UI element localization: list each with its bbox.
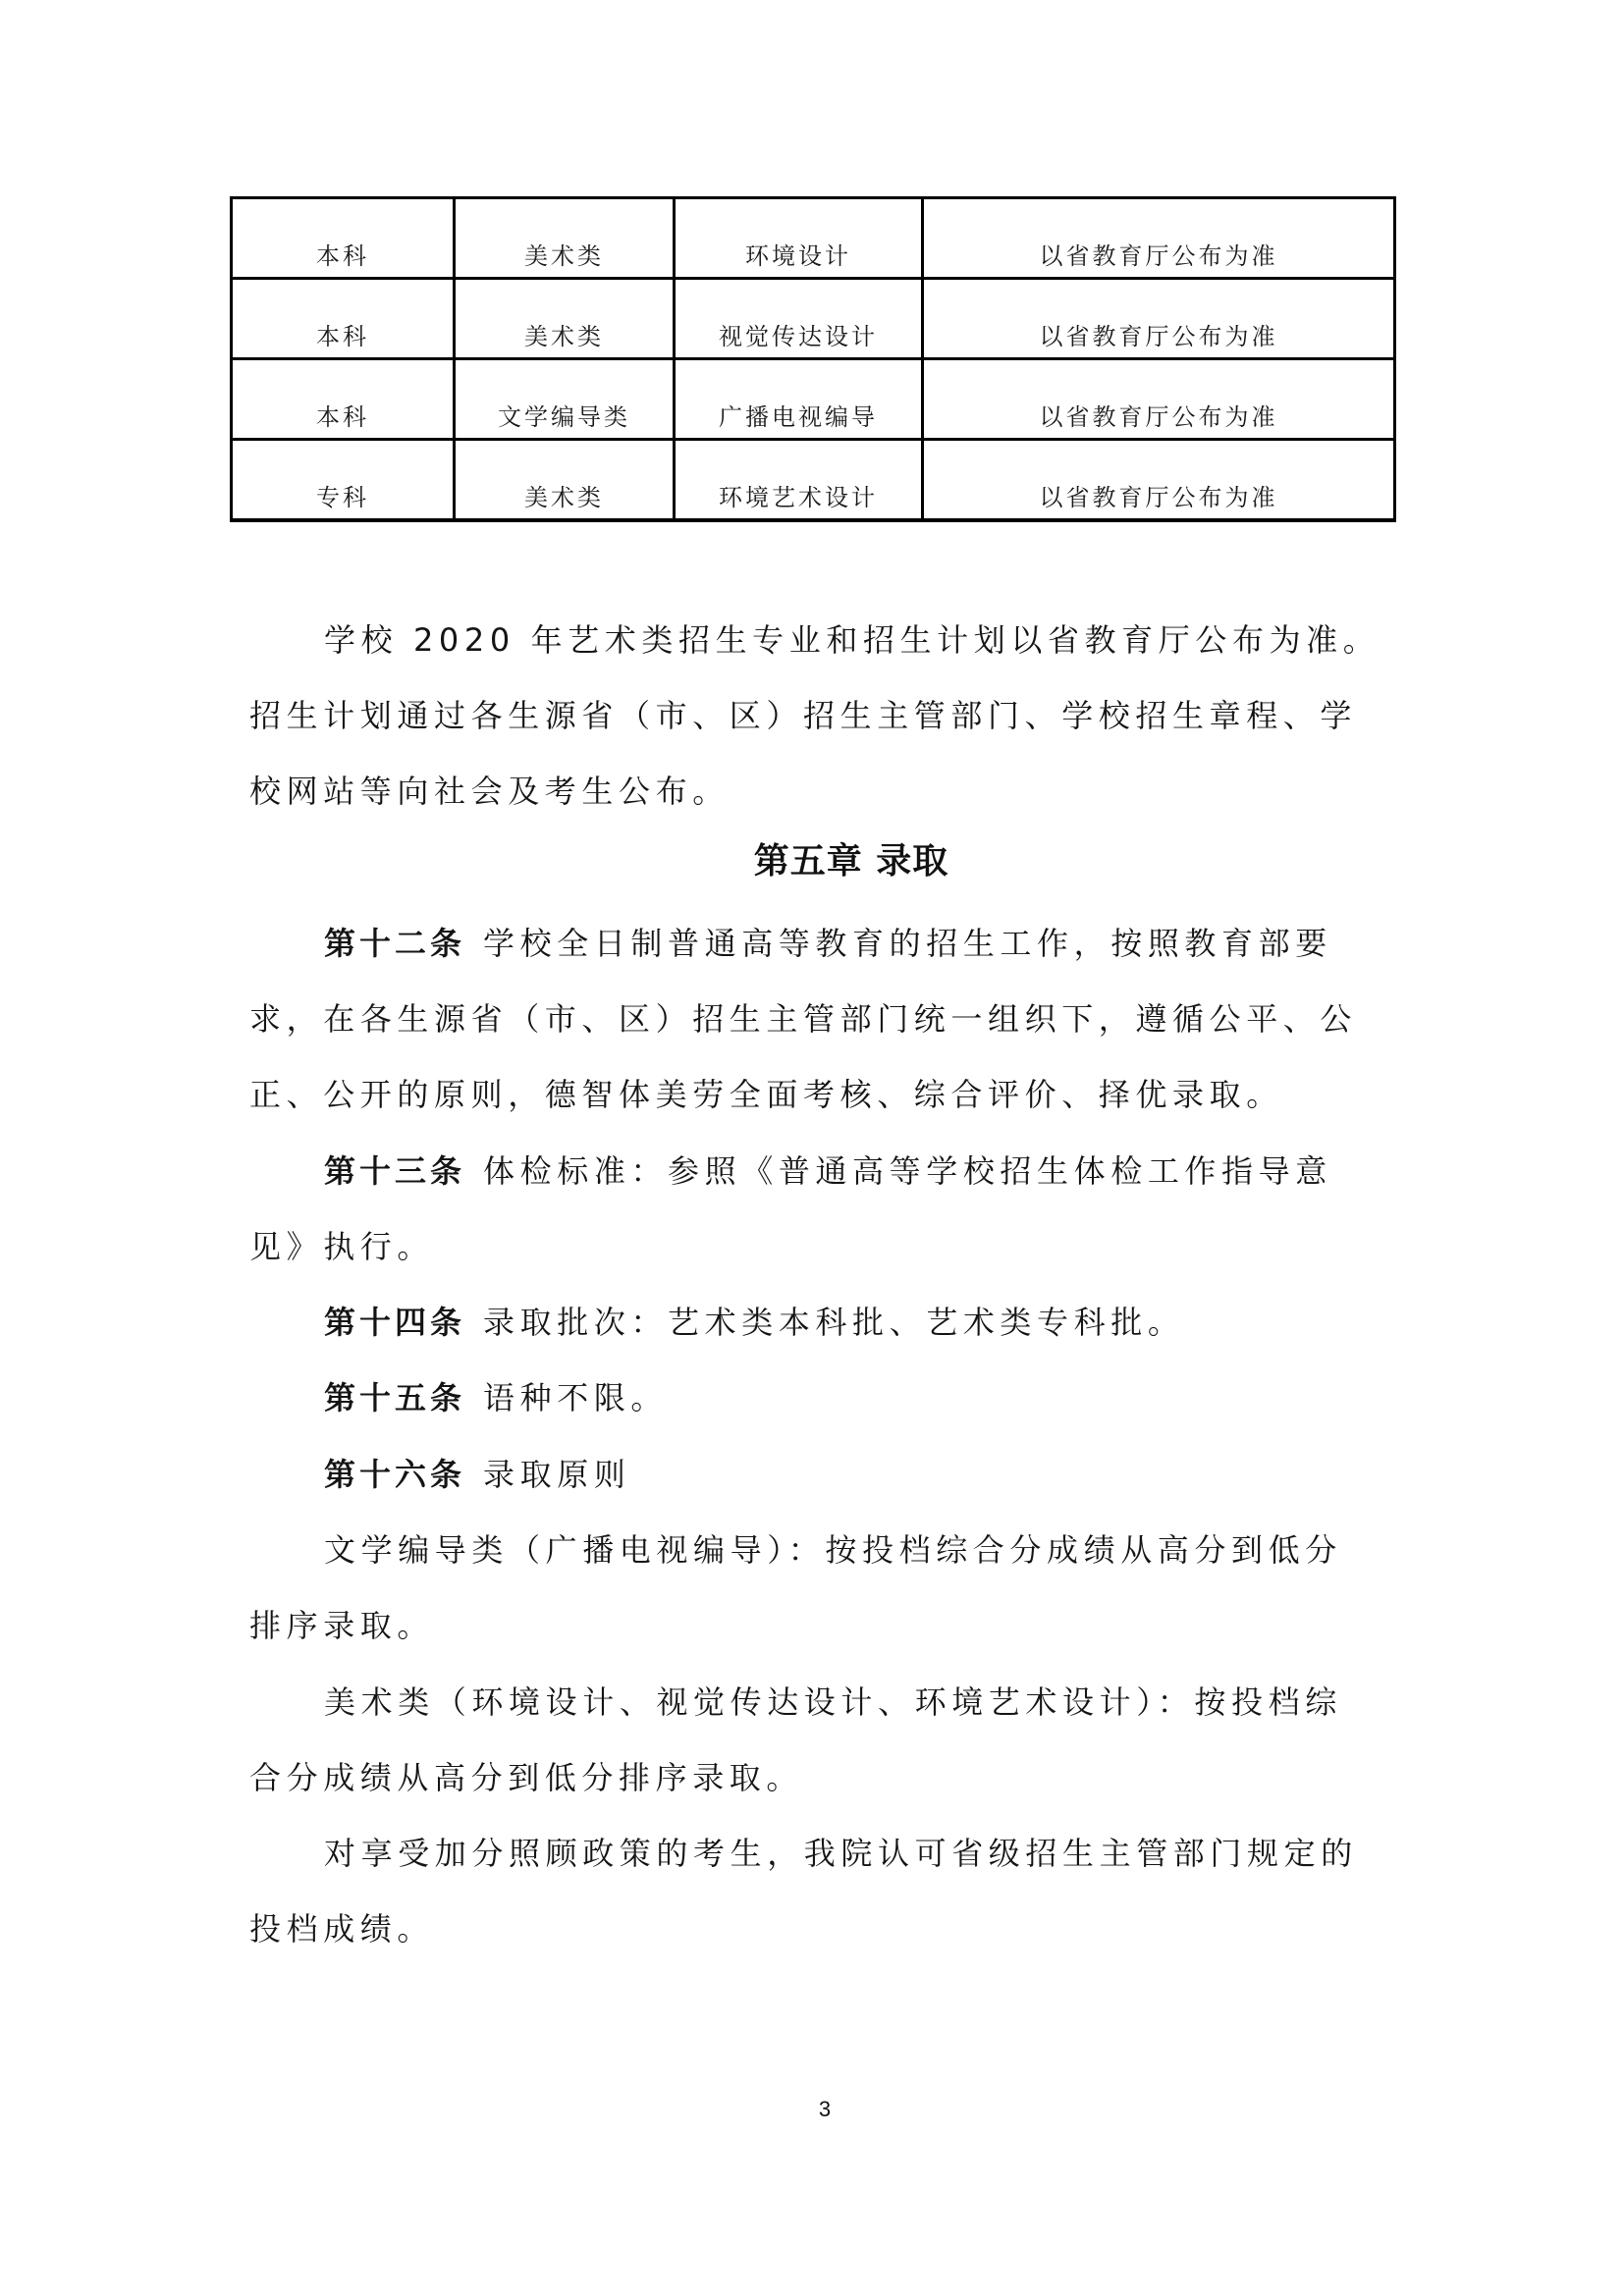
plan-cell: 以省教育厅公布为准 bbox=[923, 359, 1395, 440]
article-12-line: 求，在各生源省（市、区）招生主管部门统一组织下，遵循公平、公 bbox=[249, 997, 1388, 1041]
principle-meishu-line: 合分成绩从高分到低分排序录取。 bbox=[249, 1756, 1388, 1799]
plan-cell: 以省教育厅公布为准 bbox=[923, 440, 1395, 521]
document-page: 本科 美术类 环境设计 以省教育厅公布为准 本科 美术类 视觉传达设计 以省教育… bbox=[0, 0, 1624, 2296]
article-13-line: 见》执行。 bbox=[249, 1225, 1388, 1268]
level-cell: 专科 bbox=[232, 440, 455, 521]
principle-wenxue-line: 排序录取。 bbox=[249, 1604, 1388, 1647]
intro-line: 校网站等向社会及考生公布。 bbox=[249, 770, 1388, 813]
article-12-line: 第十二条学校全日制普通高等教育的招生工作，按照教育部要 bbox=[324, 922, 1463, 965]
article-15-label: 第十五条 bbox=[324, 1379, 465, 1416]
plan-cell: 以省教育厅公布为准 bbox=[923, 198, 1395, 279]
major-cell: 视觉传达设计 bbox=[675, 279, 923, 359]
table-row: 专科 美术类 环境艺术设计 以省教育厅公布为准 bbox=[232, 440, 1395, 521]
principle-wenxue-line: 文学编导类（广播电视编导）：按投档综合分成绩从高分到低分 bbox=[324, 1528, 1463, 1572]
article-13-text: 体检标准：参照《普通高等学校招生体检工作指导意 bbox=[483, 1152, 1332, 1190]
category-cell: 美术类 bbox=[455, 198, 675, 279]
intro-line: 学校 2020 年艺术类招生专业和招生计划以省教育厅公布为准。 bbox=[324, 618, 1463, 662]
article-14-text: 录取批次：艺术类本科批、艺术类专科批。 bbox=[483, 1304, 1184, 1341]
article-15-text: 语种不限。 bbox=[483, 1379, 668, 1416]
major-cell: 环境艺术设计 bbox=[675, 440, 923, 521]
article-12-text: 学校全日制普通高等教育的招生工作，按照教育部要 bbox=[483, 925, 1332, 962]
table-row: 本科 美术类 视觉传达设计 以省教育厅公布为准 bbox=[232, 279, 1395, 359]
article-16-line: 第十六条录取原则 bbox=[324, 1453, 1463, 1496]
article-14-label: 第十四条 bbox=[324, 1304, 465, 1341]
article-16-text: 录取原则 bbox=[483, 1456, 630, 1493]
article-15-line: 第十五条语种不限。 bbox=[324, 1376, 1463, 1419]
principle-bonus-line: 对享受加分照顾政策的考生，我院认可省级招生主管部门规定的 bbox=[324, 1832, 1463, 1875]
article-12-label: 第十二条 bbox=[324, 925, 465, 962]
intro-line: 招生计划通过各生源省（市、区）招生主管部门、学校招生章程、学 bbox=[249, 694, 1388, 737]
article-13-line: 第十三条体检标准：参照《普通高等学校招生体检工作指导意 bbox=[324, 1149, 1463, 1193]
principle-bonus-line: 投档成绩。 bbox=[249, 1907, 1388, 1950]
level-cell: 本科 bbox=[232, 359, 455, 440]
category-cell: 美术类 bbox=[455, 279, 675, 359]
major-cell: 环境设计 bbox=[675, 198, 923, 279]
article-12-line: 正、公开的原则，德智体美劳全面考核、综合评价、择优录取。 bbox=[249, 1073, 1388, 1116]
category-cell: 美术类 bbox=[455, 440, 675, 521]
table-row: 本科 文学编导类 广播电视编导 以省教育厅公布为准 bbox=[232, 359, 1395, 440]
article-16-label: 第十六条 bbox=[324, 1456, 465, 1493]
category-cell: 文学编导类 bbox=[455, 359, 675, 440]
plan-cell: 以省教育厅公布为准 bbox=[923, 279, 1395, 359]
article-14-line: 第十四条录取批次：艺术类本科批、艺术类专科批。 bbox=[324, 1301, 1463, 1344]
chapter-heading: 第五章 录取 bbox=[0, 838, 1624, 885]
page-number: 3 bbox=[0, 2097, 1624, 2122]
major-cell: 广播电视编导 bbox=[675, 359, 923, 440]
principle-meishu-line: 美术类（环境设计、视觉传达设计、环境艺术设计）：按投档综 bbox=[324, 1681, 1463, 1724]
level-cell: 本科 bbox=[232, 279, 455, 359]
level-cell: 本科 bbox=[232, 198, 455, 279]
enrollment-plan-table: 本科 美术类 环境设计 以省教育厅公布为准 本科 美术类 视觉传达设计 以省教育… bbox=[230, 196, 1396, 522]
table-row: 本科 美术类 环境设计 以省教育厅公布为准 bbox=[232, 198, 1395, 279]
article-13-label: 第十三条 bbox=[324, 1152, 465, 1190]
